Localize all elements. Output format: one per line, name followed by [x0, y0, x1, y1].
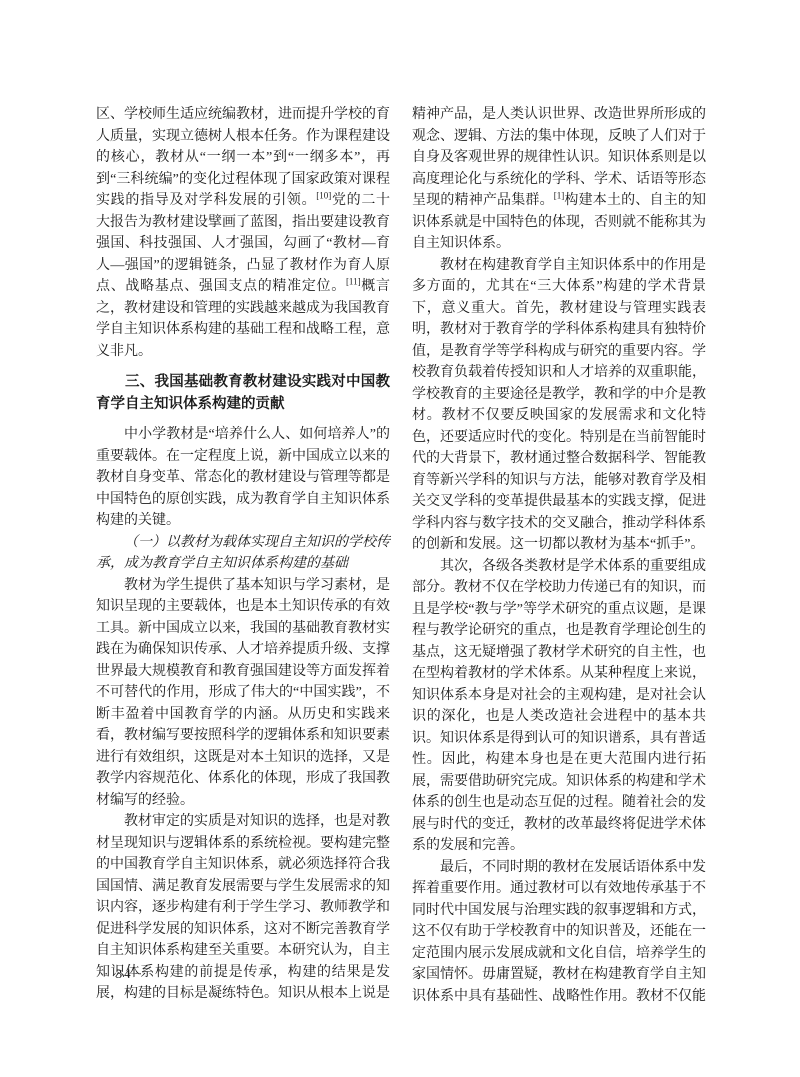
- paragraph-intro: 中小学教材是“培养什么人、如何培养人”的重要载体。在一定程度上说，新中国成立以来…: [96, 424, 390, 532]
- paragraph-continued: 区、学校师生适应统编教材，进而提升学校的育人质量，实现立德树人根本任务。作为课程…: [96, 104, 390, 362]
- page-number: · 34 ·: [104, 966, 144, 982]
- paragraph-continued: 精神产品，是人类认识世界、改造世界所形成的观念、逻辑、方法的集中体现，反映了人们…: [412, 104, 706, 255]
- paragraph-academic: 其次，各级各类教材是学术体系的重要组成部分。教材不仅在学校助力传递已有的知识，而…: [412, 556, 706, 857]
- citation-ref-10: [10]: [316, 190, 331, 200]
- right-column: 精神产品，是人类认识世界、改造世界所形成的观念、逻辑、方法的集中体现，反映了人们…: [412, 104, 706, 1007]
- section-heading: 三、我国基础教育教材建设实践对中国教育学自主知识体系构建的贡献: [96, 371, 390, 415]
- citation-ref-1: [1]: [554, 190, 565, 200]
- citation-ref-11: [11]: [346, 276, 361, 286]
- paragraph-role: 教材在构建教育学自主知识体系中的作用是多方面的，尤其在“三大体系”构建的学术背景…: [412, 255, 706, 556]
- paragraph-discourse: 最后，不同时期的教材在发展话语体系中发挥着重要作用。通过教材可以有效地传承基于不…: [412, 857, 706, 1008]
- two-column-text: 区、学校师生适应统编教材，进而提升学校的育人质量，实现立德树人根本任务。作为课程…: [96, 104, 706, 1007]
- paper-page: 区、学校师生适应统编教材，进而提升学校的育人质量，实现立德树人根本任务。作为课程…: [0, 0, 800, 1077]
- left-column: 区、学校师生适应统编教材，进而提升学校的育人质量，实现立德树人根本任务。作为课程…: [96, 104, 390, 1007]
- subsection-heading: （一）以教材为载体实现自主知识的学校传承，成为教育学自主知识体系构建的基础: [96, 532, 390, 575]
- paragraph-carrier: 教材为学生提供了基本知识与学习素材，是知识呈现的主要载体，也是本土知识传承的有效…: [96, 575, 390, 812]
